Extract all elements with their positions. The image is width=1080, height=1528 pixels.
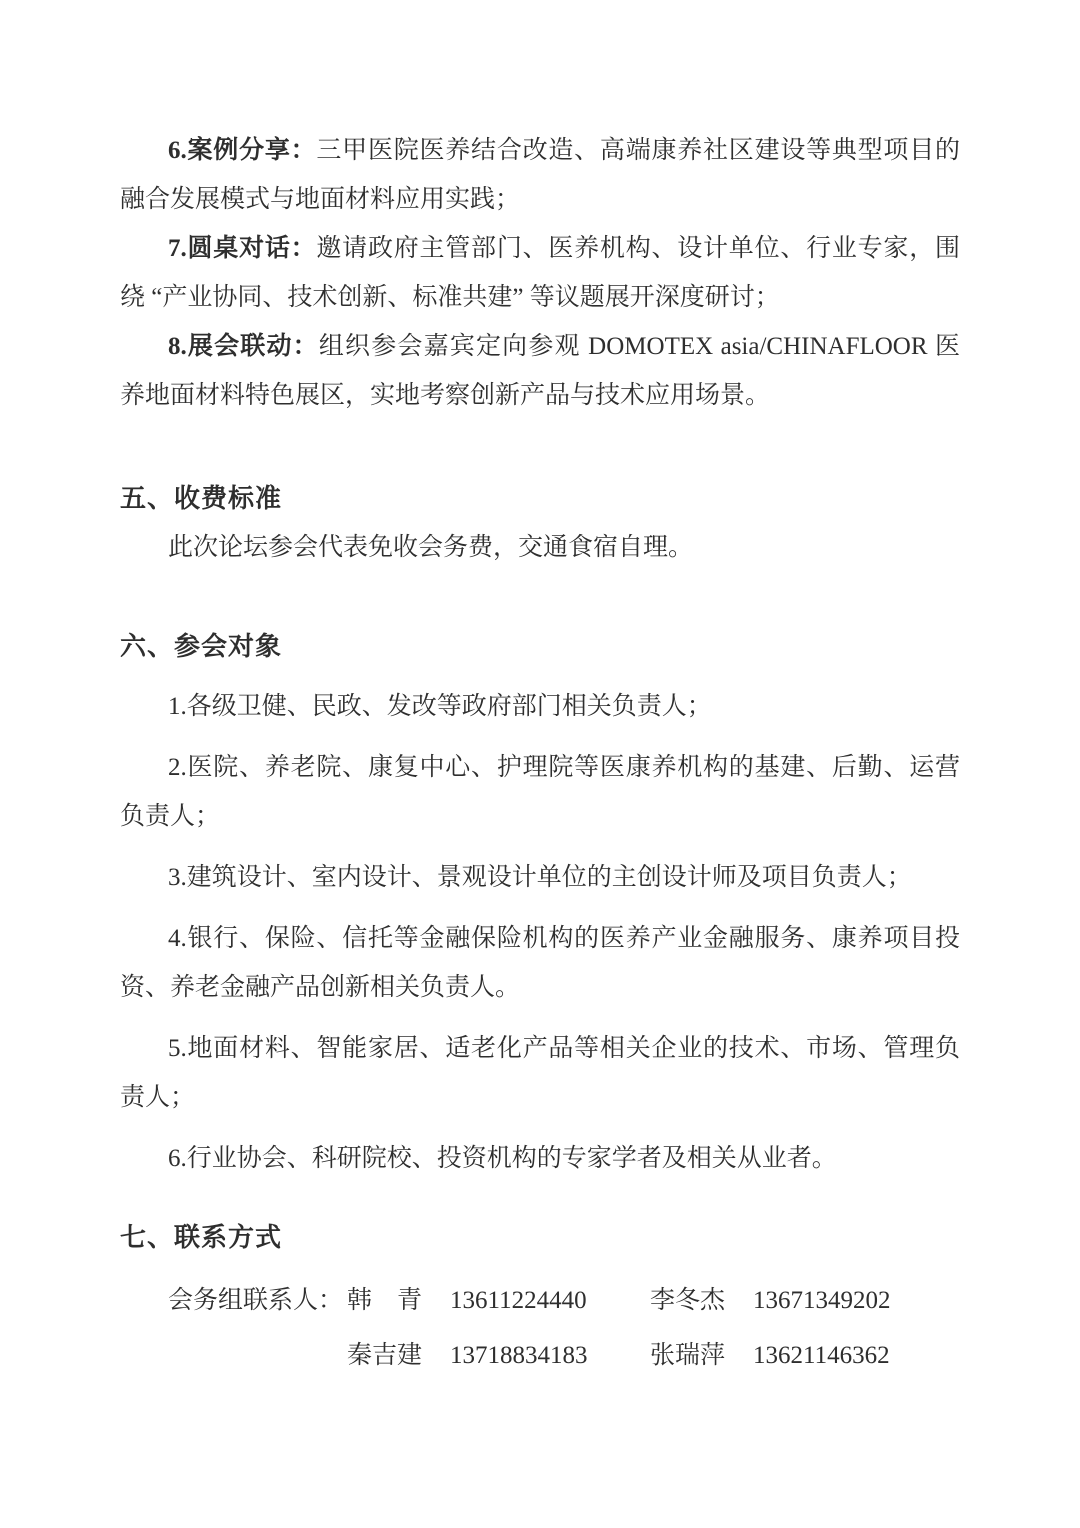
participant-item: 1.各级卫健、民政、发改等政府部门相关负责人； [120, 682, 960, 731]
contact-phone: 13611224440 [450, 1276, 650, 1325]
contact-name: 张瑞萍 [650, 1331, 753, 1380]
participant-item: 2.医院、养老院、康复中心、护理院等医康养机构的基建、后勤、运营负责人； [120, 743, 960, 841]
agenda-paragraph: 7.圆桌对话：邀请政府主管部门、医养机构、设计单位、行业专家，围绕 “产业协同、… [120, 224, 960, 322]
section-heading-fee: 五、收费标准 [120, 474, 960, 523]
agenda-item-label: 8.展会联动： [168, 333, 319, 360]
agenda-paragraph: 6.案例分享：三甲医院医养结合改造、高端康养社区建设等典型项目的融合发展模式与地… [120, 126, 960, 224]
agenda-item-label: 6.案例分享： [168, 137, 316, 164]
contact-phone: 13718834183 [450, 1331, 650, 1380]
contact-phone: 13621146362 [753, 1331, 960, 1380]
contact-row: 秦吉建 13718834183 张瑞萍 13621146362 [168, 1331, 960, 1380]
contact-label-spacer [168, 1331, 347, 1380]
contact-name: 韩 青 [347, 1276, 450, 1325]
fee-body: 此次论坛参会代表免收会务费，交通食宿自理。 [120, 523, 960, 572]
contact-name: 李冬杰 [650, 1276, 753, 1325]
contact-row: 会务组联系人： 韩 青 13611224440 李冬杰 13671349202 [168, 1276, 960, 1325]
participants-list: 1.各级卫健、民政、发改等政府部门相关负责人； 2.医院、养老院、康复中心、护理… [120, 682, 960, 1183]
contact-group-label: 会务组联系人： [168, 1276, 347, 1325]
contact-block: 会务组联系人： 韩 青 13611224440 李冬杰 13671349202 … [120, 1276, 960, 1380]
section-heading-participants: 六、参会对象 [120, 622, 960, 671]
section-heading-contact: 七、联系方式 [120, 1213, 960, 1262]
contact-name: 秦吉建 [347, 1331, 450, 1380]
agenda-item-label: 7.圆桌对话： [168, 235, 316, 262]
document-page: 6.案例分享：三甲医院医养结合改造、高端康养社区建设等典型项目的融合发展模式与地… [0, 0, 1080, 1528]
agenda-paragraph: 8.展会联动：组织参会嘉宾定向参观 DOMOTEX asia/CHINAFLOO… [120, 322, 960, 420]
participant-item: 5.地面材料、智能家居、适老化产品等相关企业的技术、市场、管理负责人； [120, 1024, 960, 1122]
participant-item: 4.银行、保险、信托等金融保险机构的医养产业金融服务、康养项目投资、养老金融产品… [120, 914, 960, 1012]
contact-phone: 13671349202 [753, 1276, 960, 1325]
agenda-section: 6.案例分享：三甲医院医养结合改造、高端康养社区建设等典型项目的融合发展模式与地… [120, 126, 960, 420]
participant-item: 6.行业协会、科研院校、投资机构的专家学者及相关从业者。 [120, 1134, 960, 1183]
participant-item: 3.建筑设计、室内设计、景观设计单位的主创设计师及项目负责人； [120, 853, 960, 902]
